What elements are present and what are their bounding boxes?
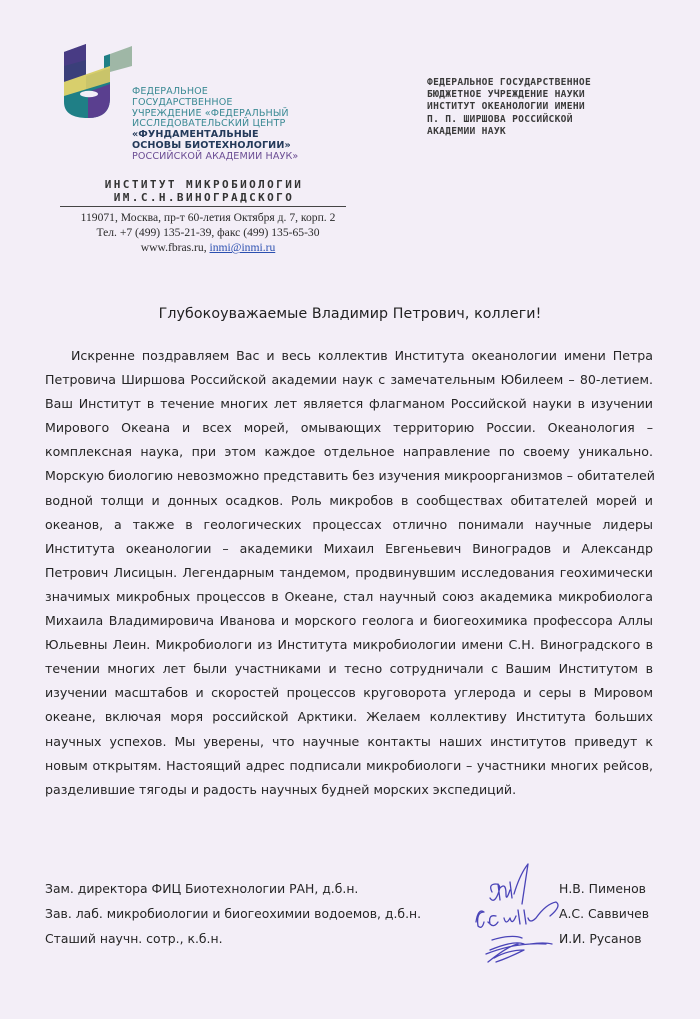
body-line: Юльевны Леин. Микробиологи из Института … — [45, 633, 653, 657]
signatory-position: Зав. лаб. микробиологии и биогеохимии во… — [45, 906, 421, 921]
body-line: новым открытям. Настоящий адрес подписал… — [45, 754, 653, 778]
org-line: РОССИЙСКОЙ АКАДЕМИИ НАУК» — [132, 152, 298, 163]
address: 119071, Москва, пр-т 60-летия Октября д.… — [48, 210, 368, 225]
website: www.fbras.ru, — [141, 241, 210, 254]
organization-name: ФЕДЕРАЛЬНОЕ ГОСУДАРСТВЕННОЕ УЧРЕЖДЕНИЕ «… — [132, 87, 298, 163]
phone-fax: Тел. +7 (499) 135-21-39, факс (499) 135-… — [48, 225, 368, 240]
addressee-line: БЮДЖЕТНОЕ УЧРЕЖДЕНИЕ НАУКИ — [427, 89, 591, 101]
web-email: www.fbras.ru, inmi@inmi.ru — [48, 240, 368, 255]
body-line: Михаила Владимировича Иванова и морского… — [45, 609, 653, 633]
body-line: Морскую биологию невозможно представить … — [45, 464, 653, 488]
body-line: Искренне поздравляем Вас и весь коллекти… — [45, 344, 653, 368]
letter-body: Искренне поздравляем Вас и весь коллекти… — [45, 344, 653, 802]
body-line: изучении масштабов и скоростей процессов… — [45, 681, 653, 705]
addressee-block: ФЕДЕРАЛЬНОЕ ГОСУДАРСТВЕННОЕ БЮДЖЕТНОЕ УЧ… — [427, 77, 591, 138]
body-line: значимых микробных процессов в Океане, с… — [45, 585, 653, 609]
addressee-line: П. П. ШИРШОВА РОССИЙСКОЙ — [427, 114, 591, 126]
institute-name-line: ИМ.С.Н.ВИНОГРАДСКОГО — [60, 191, 348, 204]
fbras-logo-icon — [62, 42, 134, 118]
org-line: ГОСУДАРСТВЕННОЕ — [132, 98, 298, 109]
signatory-position: Сташий научн. сотр., к.б.н. — [45, 931, 223, 946]
institute-name: ИНСТИТУТ МИКРОБИОЛОГИИ ИМ.С.Н.ВИНОГРАДСК… — [60, 178, 348, 204]
body-line: комплексная наука, при этом каждое отдел… — [45, 440, 653, 464]
body-line: Петровича Ширшова Российской академии на… — [45, 368, 653, 392]
body-line: научных успехов. Мы уверены, что научные… — [45, 730, 653, 754]
handwritten-signatures-icon — [470, 858, 580, 973]
body-line: Института океанологии – академики Михаил… — [45, 537, 653, 561]
salutation: Глубокоуважаемые Владимир Петрович, колл… — [0, 306, 700, 322]
body-line: Мирового Океана и всех морей, омывающих … — [45, 416, 653, 440]
body-line: океане, включая моря российской Арктики.… — [45, 705, 653, 729]
email-link[interactable]: inmi@inmi.ru — [210, 241, 276, 254]
body-line: океанов, а также в геологических процесс… — [45, 513, 653, 537]
body-line: Петрович Лисицын. Легендарным тандемом, … — [45, 561, 653, 585]
body-line: течении многих лет были участниками и те… — [45, 657, 653, 681]
contact-info: 119071, Москва, пр-т 60-летия Октября д.… — [48, 210, 368, 255]
signatory-position: Зам. директора ФИЦ Биотехнологии РАН, д.… — [45, 881, 358, 896]
body-line: разделившие тягоды и радость научных буд… — [45, 778, 653, 802]
body-line: водной толщи и донных осадков. Роль микр… — [45, 489, 653, 513]
letter-page: ФЕДЕРАЛЬНОЕ ГОСУДАРСТВЕННОЕ УЧРЕЖДЕНИЕ «… — [0, 0, 700, 1019]
addressee-line: ФЕДЕРАЛЬНОЕ ГОСУДАРСТВЕННОЕ — [427, 77, 591, 89]
letterhead-divider — [60, 206, 346, 207]
body-line: Ваш Институт в течение многих лет являет… — [45, 392, 653, 416]
addressee-line: АКАДЕМИИ НАУК — [427, 126, 591, 138]
institute-name-line: ИНСТИТУТ МИКРОБИОЛОГИИ — [60, 178, 348, 191]
addressee-line: ИНСТИТУТ ОКЕАНОЛОГИИ ИМЕНИ — [427, 101, 591, 113]
